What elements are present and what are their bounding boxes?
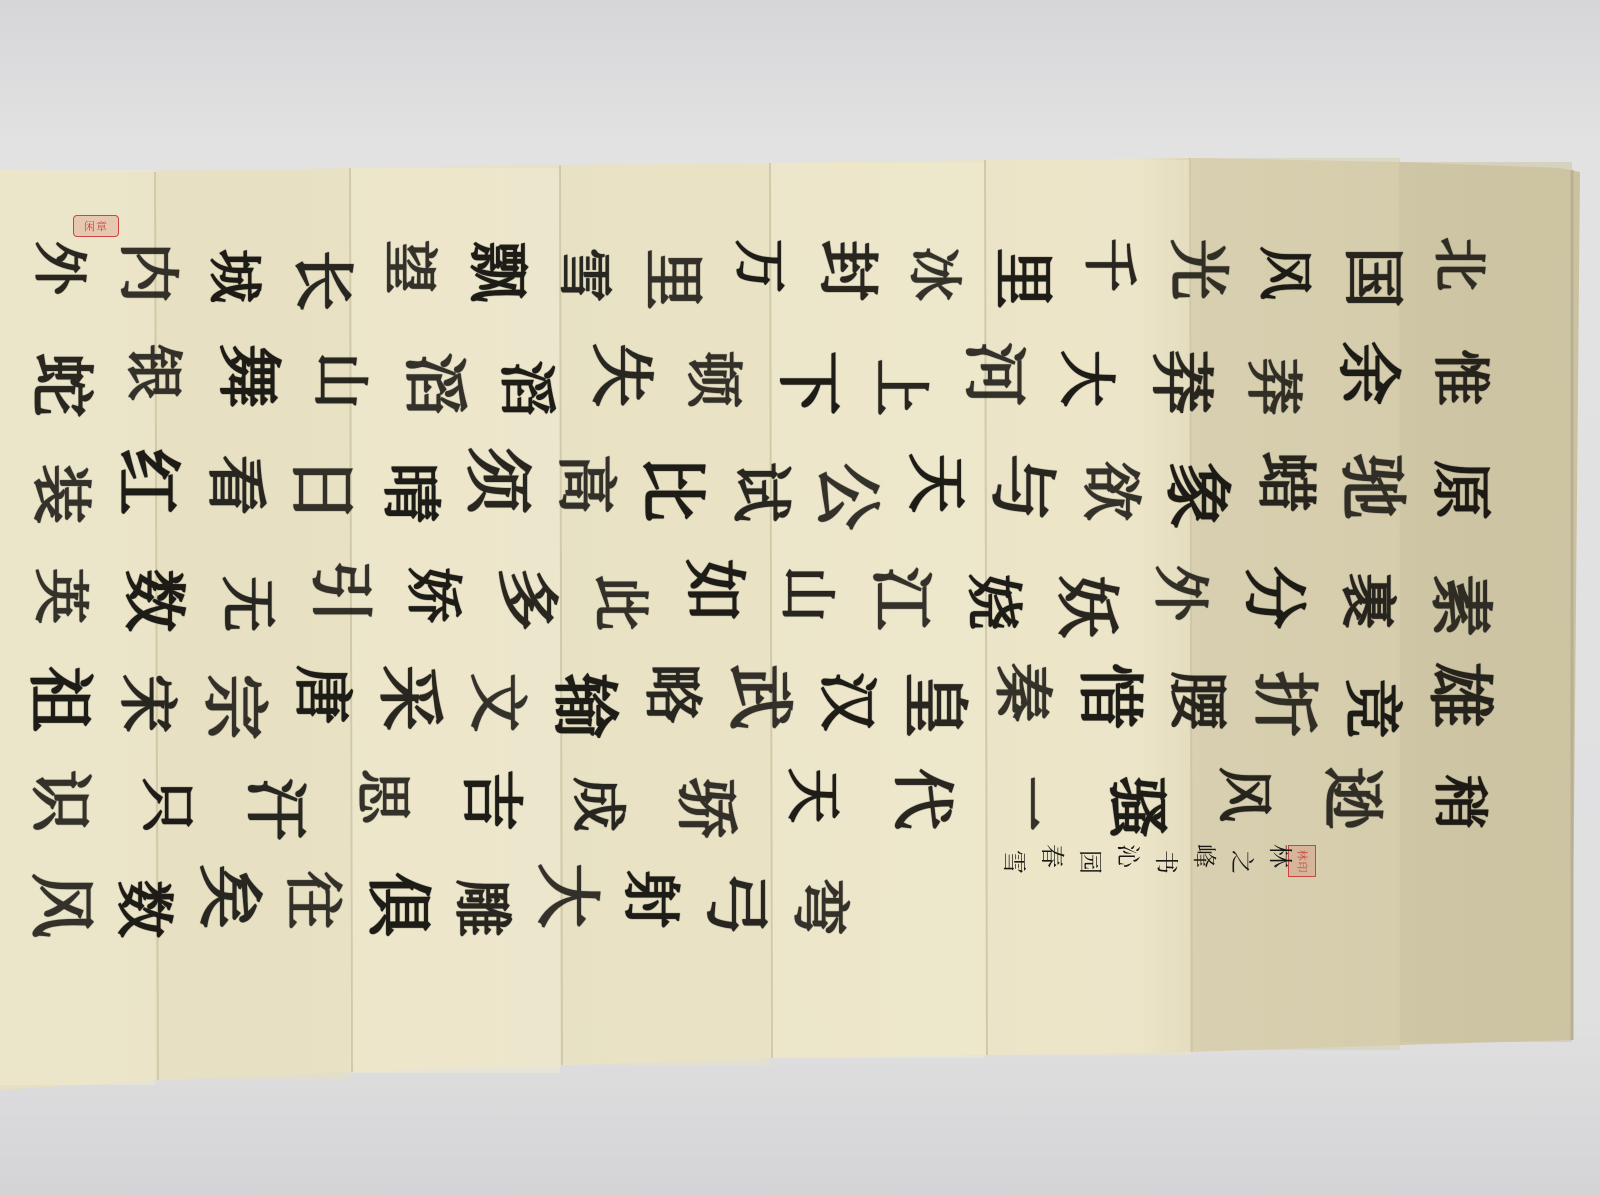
calligraphy-character: 外 xyxy=(33,241,87,295)
calligraphy-character: 只 xyxy=(140,777,195,832)
calligraphy-character: 骚 xyxy=(1106,776,1168,838)
calligraphy-character: 无 xyxy=(219,576,275,632)
calligraphy-character: 光 xyxy=(1167,238,1228,299)
seal-top-left: 闲章 xyxy=(73,215,119,237)
calligraphy-character: 余 xyxy=(1335,341,1399,405)
calligraphy-character: 天 xyxy=(905,453,965,513)
signature-character: 之 xyxy=(1230,850,1254,874)
calligraphy-character: 竞 xyxy=(1343,678,1402,737)
calligraphy-character: 往 xyxy=(284,871,342,929)
calligraphy-character: 北 xyxy=(1433,237,1487,291)
calligraphy-character: 输 xyxy=(552,673,618,739)
calligraphy-character: 骄 xyxy=(675,777,737,839)
calligraphy-character: 莽 xyxy=(1148,350,1212,414)
calligraphy-character: 莽 xyxy=(1245,358,1302,415)
calligraphy-character: 成 xyxy=(571,776,626,831)
signature-character: 书 xyxy=(1154,850,1178,874)
calligraphy-character: 分 xyxy=(1242,566,1305,629)
calligraphy-character: 皇 xyxy=(902,672,968,738)
calligraphy-character: 里 xyxy=(642,248,703,309)
calligraphy-character: 稍 xyxy=(1433,774,1488,829)
calligraphy-character: 国 xyxy=(1342,246,1403,307)
calligraphy-character: 里 xyxy=(992,247,1053,308)
calligraphy-character: 下 xyxy=(775,351,839,415)
calligraphy-character: 滔 xyxy=(498,360,555,417)
calligraphy-character: 大 xyxy=(534,862,599,927)
calligraphy-character: 失 xyxy=(588,343,652,407)
calligraphy-character: 矣 xyxy=(196,863,261,928)
calligraphy-character: 封 xyxy=(817,239,878,300)
calligraphy-character: 汗 xyxy=(244,778,306,840)
calligraphy-character: 山 xyxy=(779,566,835,622)
calligraphy-character: 欲 xyxy=(1080,461,1140,521)
signature-character: 园 xyxy=(1078,850,1102,874)
calligraphy-character: 高 xyxy=(555,454,615,514)
calligraphy-character: 蛇 xyxy=(28,353,92,417)
calligraphy-character: 秦 xyxy=(993,662,1052,721)
calligraphy-character: 原 xyxy=(1430,460,1490,520)
signature-character: 沁 xyxy=(1116,844,1140,868)
calligraphy-character: 数 xyxy=(115,880,173,938)
calligraphy-character: 看 xyxy=(205,455,265,515)
calligraphy-character: 与 xyxy=(989,454,1056,521)
calligraphy-character: 吉 xyxy=(460,769,522,831)
calligraphy-character: 宋 xyxy=(118,673,177,732)
calligraphy-character: 俱 xyxy=(365,871,430,936)
calligraphy-character: 大 xyxy=(1058,350,1115,407)
calligraphy-character: 祖 xyxy=(27,666,93,732)
calligraphy-character: 弯 xyxy=(791,878,849,936)
calligraphy-character: 宗 xyxy=(202,674,268,740)
calligraphy-character: 略 xyxy=(643,663,702,722)
calligraphy-character: 此 xyxy=(592,575,648,631)
signature-character: 春 xyxy=(1040,844,1064,868)
calligraphy-character: 须 xyxy=(464,447,531,514)
calligraphy-character: 万 xyxy=(733,239,787,293)
calligraphy-character: 射 xyxy=(622,870,680,928)
calligraphy-character: 山 xyxy=(312,352,369,409)
calligraphy-character: 顿 xyxy=(685,351,742,408)
calligraphy-character: 英 xyxy=(32,568,88,624)
calligraphy-character: 代 xyxy=(891,768,953,830)
calligraphy-character: 红 xyxy=(114,448,181,515)
calligraphy-character: 长 xyxy=(292,249,353,310)
calligraphy-character: 日 xyxy=(289,456,356,523)
calligraphy-character: 晴 xyxy=(380,463,440,523)
calligraphy-character: 内 xyxy=(117,241,178,302)
calligraphy-character: 雄 xyxy=(1427,662,1493,728)
calligraphy-character: 腰 xyxy=(1168,670,1227,729)
calligraphy-character: 数 xyxy=(122,569,185,632)
calligraphy-character: 思 xyxy=(356,768,411,823)
calligraphy-character: 城 xyxy=(208,249,262,303)
calligraphy-character: 娆 xyxy=(965,574,1021,630)
calligraphy-character: 如 xyxy=(682,559,745,622)
calligraphy-character: 一 xyxy=(1002,775,1057,830)
calligraphy-character: 河 xyxy=(961,342,1025,406)
calligraphy-character: 上 xyxy=(872,359,929,416)
calligraphy-character: 唐 xyxy=(293,664,352,723)
calligraphy-character: 滔 xyxy=(401,352,465,416)
calligraphy-character: 公 xyxy=(814,463,881,530)
calligraphy-character: 文 xyxy=(468,672,527,731)
calligraphy-character: 风 xyxy=(1258,246,1312,300)
calligraphy-character: 驰 xyxy=(1339,453,1406,520)
calligraphy-character: 汉 xyxy=(818,671,877,730)
calligraphy-character: 银 xyxy=(125,344,182,401)
signature-character: 林 xyxy=(1268,844,1292,868)
calligraphy-character: 试 xyxy=(730,462,790,522)
calligraphy-character: 冰 xyxy=(908,247,962,301)
calligraphy-character: 江 xyxy=(869,567,932,630)
calligraphy-character: 妖 xyxy=(1055,575,1118,638)
calligraphy-character: 风 xyxy=(1217,766,1272,821)
signature-character: 雪 xyxy=(1002,850,1026,874)
calligraphy-character: 裹 xyxy=(1339,573,1395,629)
calligraphy-character: 惟 xyxy=(1432,349,1489,406)
calligraphy-character: 雪 xyxy=(558,248,612,302)
calligraphy-character: 外 xyxy=(1152,565,1208,621)
calligraphy-character: 装 xyxy=(30,464,90,524)
calligraphy-character: 素 xyxy=(1429,574,1492,637)
signature-character: 峰 xyxy=(1192,844,1216,868)
calligraphy-character: 舞 xyxy=(215,344,279,408)
calligraphy-character: 惜 xyxy=(1077,663,1143,729)
calligraphy-character: 引 xyxy=(309,560,372,623)
calligraphy-character: 蜡 xyxy=(1255,452,1315,512)
calligraphy-character: 多 xyxy=(495,568,558,631)
calligraphy-character: 采 xyxy=(377,665,443,731)
calligraphy-character: 望 xyxy=(383,240,437,294)
calligraphy-character: 象 xyxy=(1164,462,1231,529)
calligraphy-character: 折 xyxy=(1252,671,1318,737)
calligraphy-character: 风 xyxy=(28,872,93,937)
calligraphy-character: 弓 xyxy=(703,870,768,935)
calligraphy-character: 千 xyxy=(1083,238,1137,292)
calligraphy-character: 雕 xyxy=(453,879,511,937)
calligraphy-character: 逊 xyxy=(1321,767,1383,829)
calligraphy-character: 天 xyxy=(786,767,841,822)
calligraphy-character: 识 xyxy=(29,770,91,832)
calligraphy-character: 武 xyxy=(727,664,793,730)
calligraphy-character: 娇 xyxy=(405,567,461,623)
calligraphy-character: 比 xyxy=(639,455,706,522)
calligraphy-character: 飘 xyxy=(467,240,528,301)
